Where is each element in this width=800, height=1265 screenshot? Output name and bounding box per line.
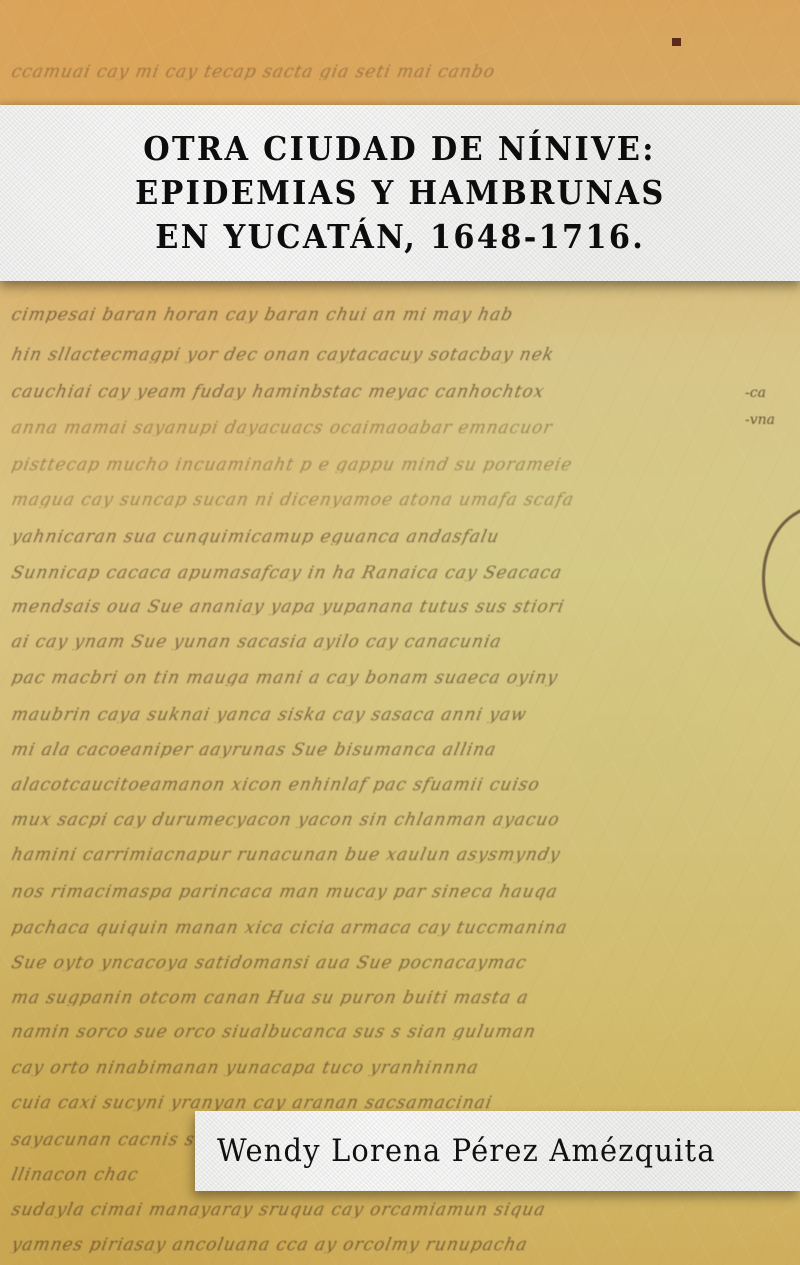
manuscript-line: pisttecap mucho incuaminaht p e gappu mi… xyxy=(10,455,752,473)
margin-note: -vna xyxy=(745,412,775,428)
manuscript-line: sudayla cimai manayaray sruqua cay orcam… xyxy=(10,1200,752,1218)
manuscript-line: mi ala cacoeaniper aayrunas Sue bisumanc… xyxy=(10,740,752,758)
manuscript-line: alacotcaucitoeamanon xicon enhinlaf pac … xyxy=(10,775,752,793)
manuscript-line: cuia caxi sucyni yranyan cay aranan sacs… xyxy=(10,1093,752,1111)
manuscript-line: pachaca quiquin manan xica cicia armaca … xyxy=(10,918,752,936)
manuscript-line: namin sorco sue orco siualbucanca sus s … xyxy=(10,1022,752,1040)
title-banner: OTRA CIUDAD DE NÍNIVE: EPIDEMIAS Y HAMBR… xyxy=(0,105,800,281)
author-banner: Wendy Lorena Pérez Amézquita xyxy=(195,1111,800,1191)
book-cover: ccamuai cay mi cay tecap sacta gia seti … xyxy=(0,0,800,1265)
manuscript-line: Sue oyto yncacoya satidomansi aua Sue po… xyxy=(10,953,752,971)
manuscript-line: cay orto ninabimanan yunacapa tuco yranh… xyxy=(10,1058,752,1076)
manuscript-line: yahnicaran sua cunquimicamup eguanca and… xyxy=(10,527,752,545)
manuscript-line: cauchiai cay yeam fuday haminbstac meyac… xyxy=(10,382,752,400)
manuscript-line: ai cay ynam Sue yunan sacasia ayilo cay … xyxy=(10,632,752,650)
book-title-line-2: EPIDEMIAS Y HAMBRUNAS xyxy=(135,171,665,215)
manuscript-line: mux sacpi cay durumecyacon yacon sin chl… xyxy=(10,810,752,828)
manuscript-line: maubrin caya suknai yanca siska cay sasa… xyxy=(10,705,752,723)
manuscript-line: ccamuai cay mi cay tecap sacta gia seti … xyxy=(10,62,752,80)
manuscript-line: cimpesai baran horan cay baran chui an m… xyxy=(10,305,752,323)
manuscript-line: ma sugpanin otcom canan Hua su puron bui… xyxy=(10,988,752,1006)
author-name: Wendy Lorena Pérez Amézquita xyxy=(217,1133,716,1169)
manuscript-line: hin sllactecmagpi yor dec onan caytacacu… xyxy=(10,345,752,363)
manuscript-line: pac macbri on tin mauga mani a cay bonam… xyxy=(10,668,752,686)
manuscript-line: magua cay suncap sucan ni dicenyamoe ato… xyxy=(10,490,752,508)
manuscript-line: mendsais oua Sue ananiay yapa yupanana t… xyxy=(10,597,752,615)
book-title-line-1: OTRA CIUDAD DE NÍNIVE: xyxy=(144,127,656,171)
manuscript-line: nos rimacimaspa parincaca man mucay par … xyxy=(10,882,752,900)
book-title-line-3: EN YUCATÁN, 1648-1716. xyxy=(155,215,645,259)
manuscript-line: anna mamai sayanupi dayacuacs ocaimaoaba… xyxy=(10,418,752,436)
margin-note: -ca xyxy=(745,385,766,401)
manuscript-line: yamnes piriasay ancoluana cca ay orcolmy… xyxy=(10,1235,752,1253)
manuscript-line: hamini carrimiacnapur runacunan bue xaul… xyxy=(10,845,752,863)
manuscript-line: Sunnicap cacaca apumasafcay in ha Ranaic… xyxy=(10,563,752,581)
